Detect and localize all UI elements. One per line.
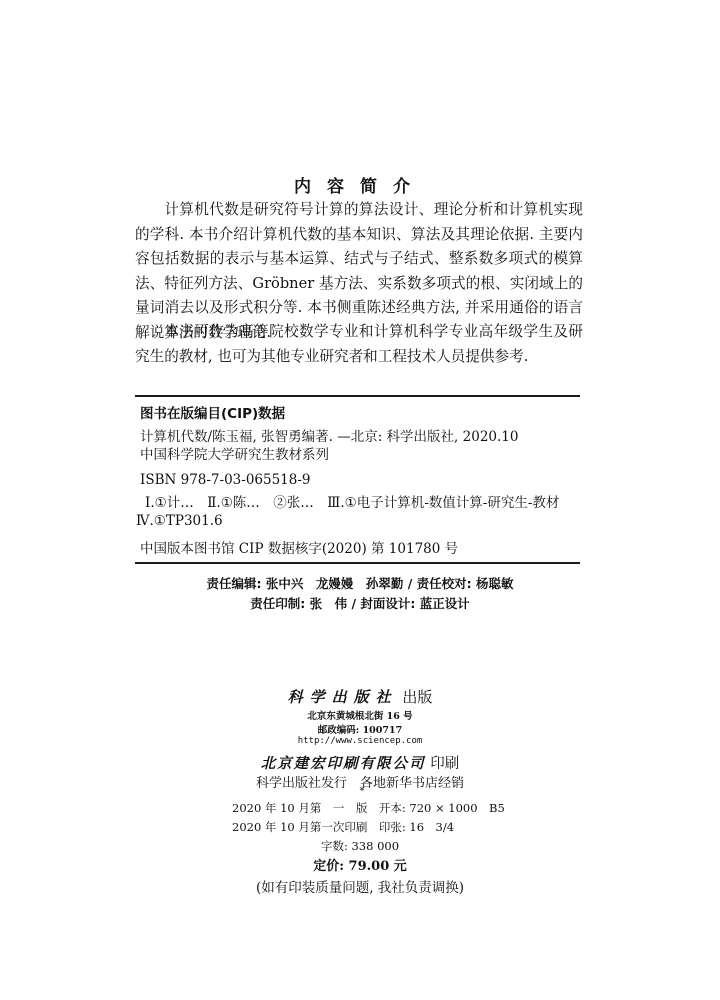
publisher-postcode: 邮政编码: 100717 <box>0 722 720 736</box>
summary-title: 内容简介 <box>0 172 720 197</box>
credits-production: 责任印制: 张 伟 / 封面设计: 蓝正设计 <box>0 594 720 612</box>
summary-paragraph-2-text: 本书可作为高等院校数学专业和计算机科学专业高年级学生及研究生的教材, 也可为其他… <box>135 323 583 365</box>
publisher-line: 科学出版社 出版 <box>0 686 720 707</box>
printer-action: 印刷 <box>430 756 459 772</box>
publisher-action: 出版 <box>402 688 432 706</box>
quality-note: (如有印装质量问题, 我社负责调换) <box>0 876 720 896</box>
cip-series-line: 中国科学院大学研究生教材系列 <box>140 445 329 465</box>
cip-top-rule <box>135 395 580 397</box>
word-count: 字数: 338 000 <box>0 838 720 854</box>
cip-classification-2: Ⅳ.①TP301.6 <box>136 511 223 531</box>
publisher-name: 科学出版社 <box>288 688 398 706</box>
cip-title-line: 计算机代数/陈玉福, 张智勇编著. —北京: 科学出版社, 2020.10 <box>140 427 518 447</box>
printer-name: 北京建宏印刷有限公司 <box>261 755 426 772</box>
summary-paragraph-2: 本书可作为高等院校数学专业和计算机科学专业高年级学生及研究生的教材, 也可为其他… <box>135 320 583 369</box>
publisher-url: http://www.sciencep.com <box>0 736 720 746</box>
printing-line: 2020 年 10 月第一次印刷 印张: 16 3/4 <box>232 819 454 835</box>
edition-line: 2020 年 10 月第 一 版 开本: 720 × 1000 B5 <box>232 800 505 816</box>
cip-record-number: 中国版本图书馆 CIP 数据核字(2020) 第 101780 号 <box>140 539 458 559</box>
publisher-address: 北京东黄城根北街 16 号 <box>0 708 720 722</box>
cip-isbn: ISBN 978-7-03-065518-9 <box>140 470 311 490</box>
cip-heading: 图书在版编目(CIP)数据 <box>140 402 285 422</box>
cip-classification-1: Ⅰ.①计… Ⅱ.①陈… ②张… Ⅲ.①电子计算机-数值计算-研究生-教材 <box>145 493 559 513</box>
separator-star: * <box>0 786 720 797</box>
cip-bottom-rule <box>135 562 580 564</box>
price: 定价: 79.00 元 <box>0 855 720 874</box>
credits-editors: 责任编辑: 张中兴 龙嫚嫚 孙翠勤 / 责任校对: 杨聪敏 <box>0 574 720 592</box>
printer-line: 北京建宏印刷有限公司 印刷 <box>0 752 720 773</box>
